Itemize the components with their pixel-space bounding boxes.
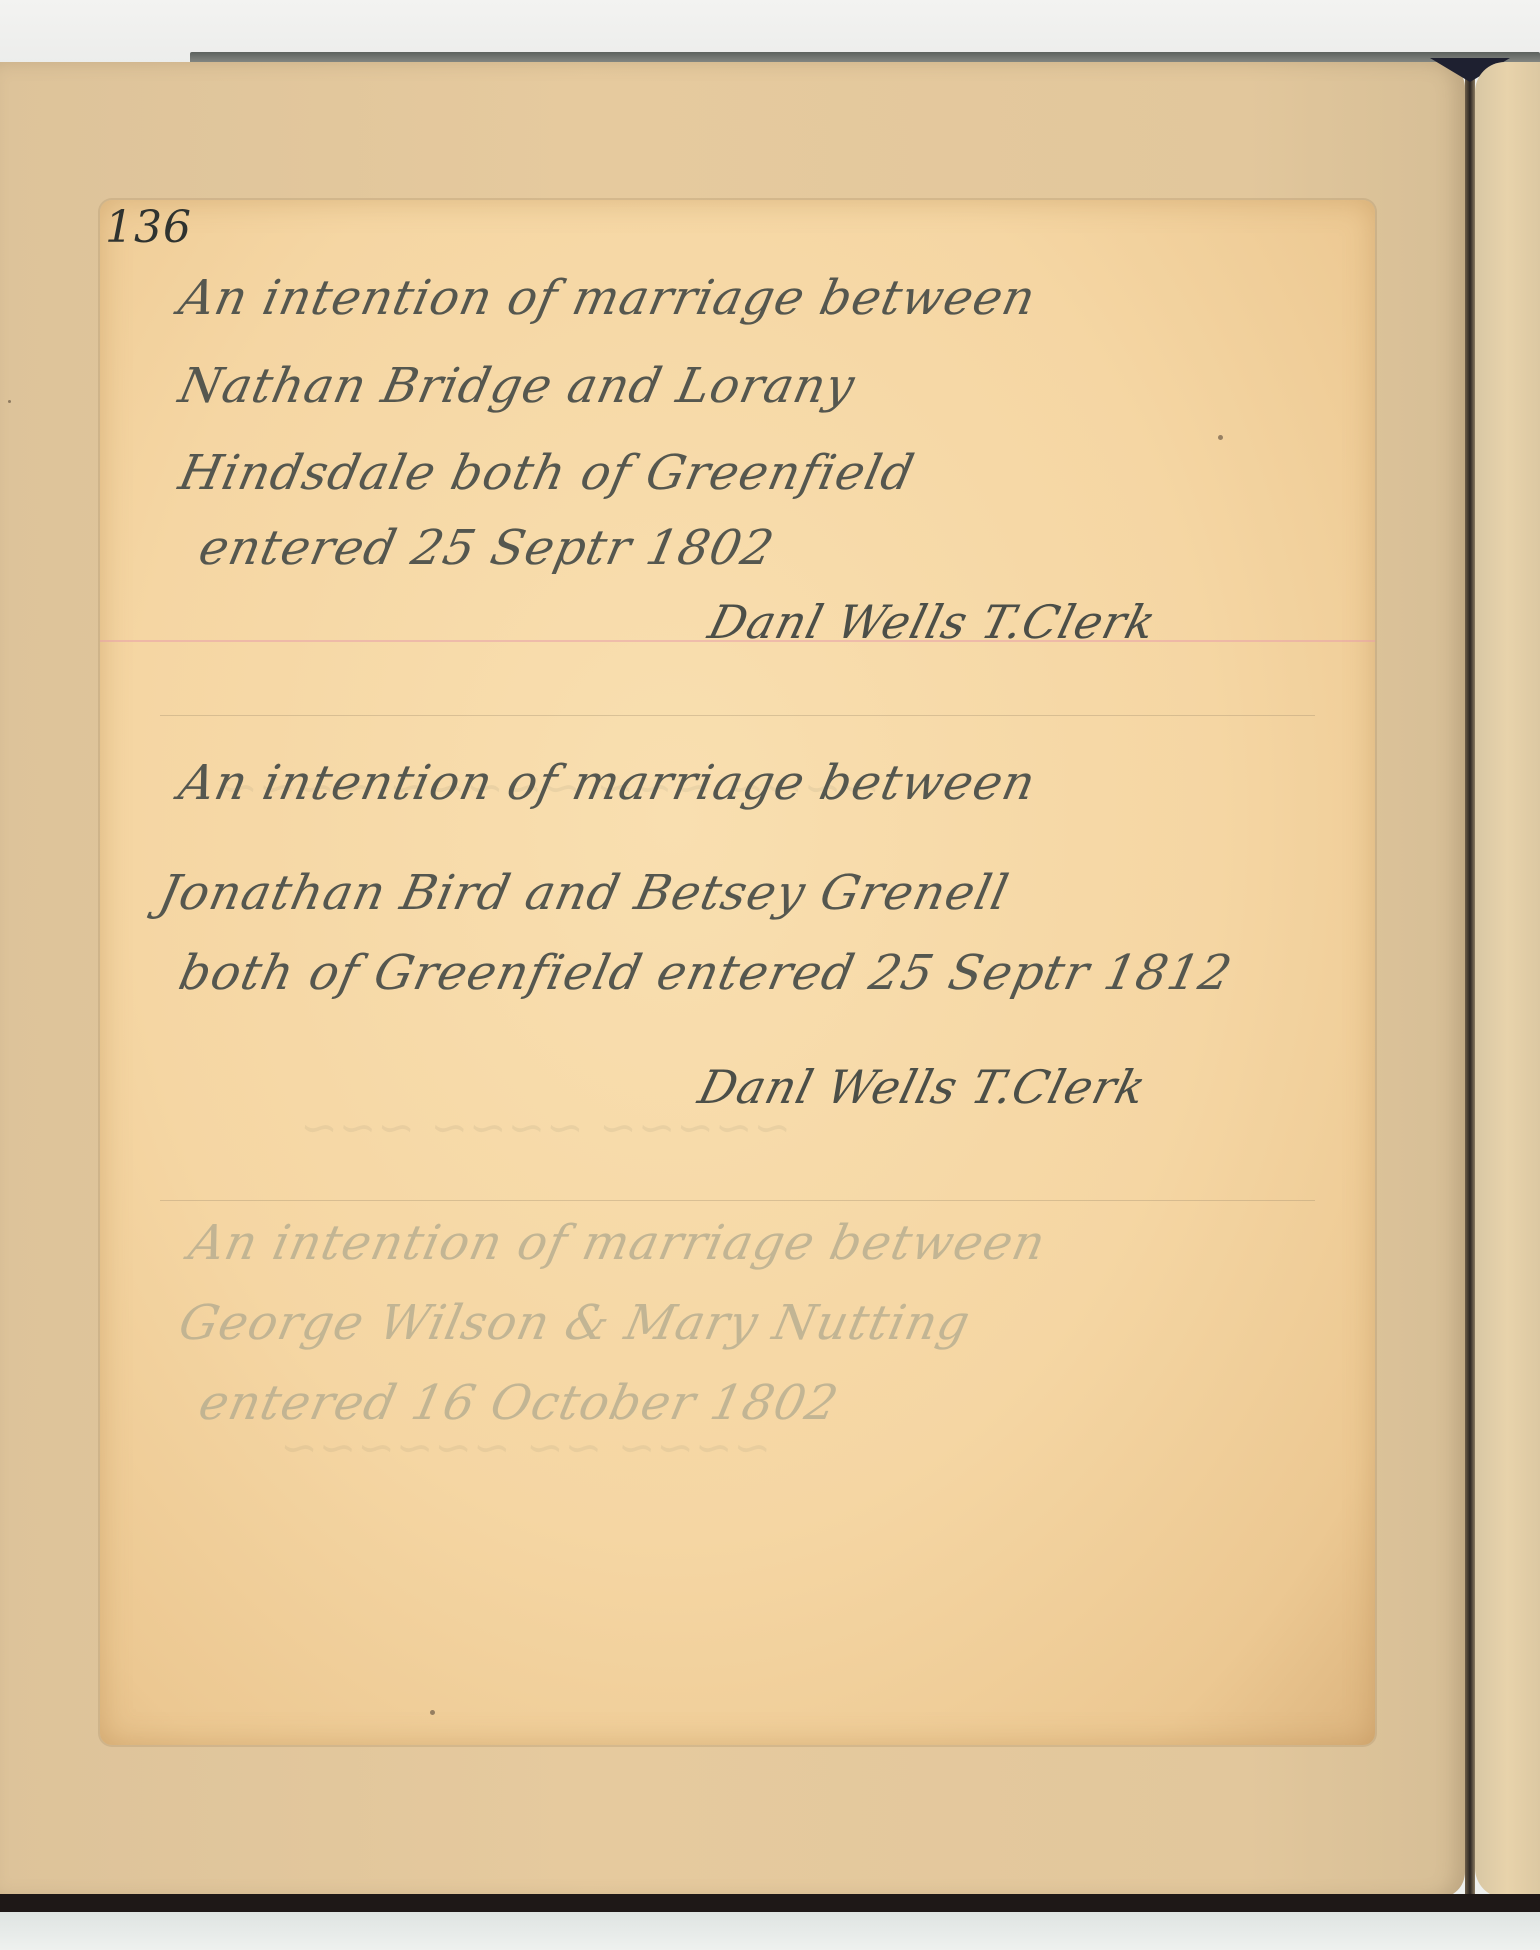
ruled-line-faint [160,715,1315,716]
entry-line: Nathan Bridge and Lorany [174,358,860,414]
entry-line: An intention of marriage between [184,1215,1051,1271]
clerk-signature: Danl Wells T.Clerk [693,1060,1152,1114]
entry-line: both of Greenfield entered 25 Septr 1812 [174,945,1237,1001]
ruled-line-faint [160,1200,1315,1201]
paper-speck [430,1710,435,1715]
entry-line: Jonathan Bird and Betsey Grenell [154,865,1014,921]
book-gutter [1465,62,1475,1898]
entry-line: An intention of marriage between [174,755,1041,811]
adjacent-page-edge [1475,62,1540,1898]
entry-line: George Wilson & Mary Nutting [174,1295,975,1351]
folio-number: 136 [105,202,192,253]
paper-speck [8,400,11,403]
entry-line: entered 16 October 1802 [194,1375,844,1431]
book-bottom-edge [0,1894,1540,1914]
entry-line: Hindsdale both of Greenfield [174,445,919,501]
scanner-background-bottom [0,1912,1540,1950]
entry-line: entered 25 Septr 1802 [194,520,779,576]
entry-line: An intention of marriage between [174,270,1041,326]
document-sheet: ~~~~ ~~~ ~~~~~ ~~~~ ~~~~~ ~~~~ ~~~ ~~~~ … [100,200,1375,1745]
paper-speck [1218,435,1223,440]
clerk-signature: Danl Wells T.Clerk [703,595,1162,649]
